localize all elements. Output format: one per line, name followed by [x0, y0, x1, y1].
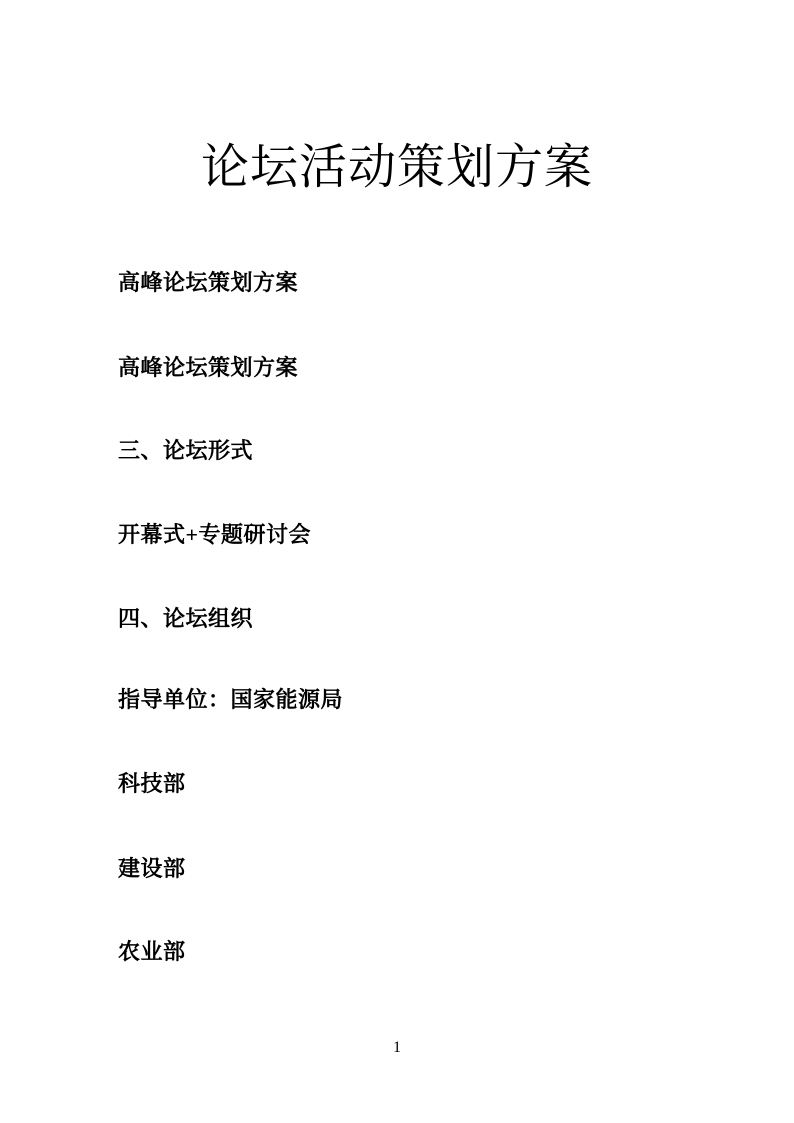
paragraph: 科技部 — [118, 772, 186, 796]
paragraph: 指导单位：国家能源局 — [118, 688, 343, 712]
paragraph: 开幕式+专题研讨会 — [118, 523, 311, 547]
paragraph: 农业部 — [118, 940, 186, 964]
paragraph: 三、论坛形式 — [118, 439, 253, 463]
paragraph: 高峰论坛策划方案 — [118, 356, 298, 380]
paragraph: 高峰论坛策划方案 — [118, 271, 298, 295]
paragraph: 建设部 — [118, 857, 186, 881]
document-page: 论坛活动策划方案 高峰论坛策划方案 高峰论坛策划方案 三、论坛形式 开幕式+专题… — [0, 0, 794, 1123]
page-number: 1 — [0, 1038, 794, 1058]
document-title: 论坛活动策划方案 — [0, 138, 794, 198]
paragraph: 四、论坛组织 — [118, 607, 253, 631]
